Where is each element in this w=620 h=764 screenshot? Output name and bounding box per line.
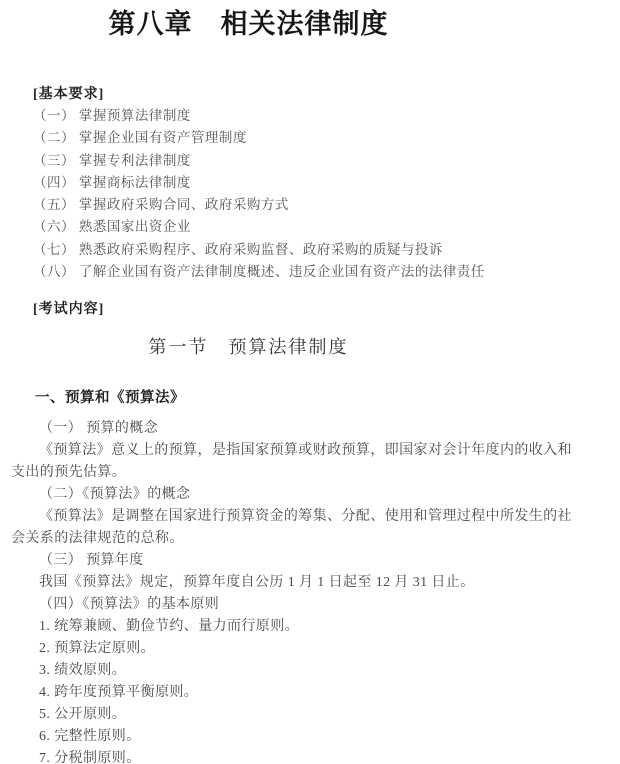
subsection-paragraph: 《预算法》意义上的预算，是指国家预算或财政预算，即国家对会计年度内的收入和支出的… [11,440,572,484]
principle-item: 3. 绩效原则。 [11,660,572,682]
requirement-item: （八） 了解企业国有资产法律制度概述、违反企业国有资产法的法律责任 [33,261,620,283]
subsection-label: （一） 预算的概念 [11,418,572,440]
subsection-paragraph: 《预算法》是调整在国家进行预算资金的筹集、分配、使用和管理过程中所发生的社会关系… [11,506,572,550]
principle-item: 5. 公开原则。 [11,704,572,726]
principle-item: 1. 统筹兼顾、勤俭节约、量力而行原则。 [11,616,572,638]
subsection-label: （四）《预算法》的基本原则 [11,594,572,616]
requirement-item: （三） 掌握专利法律制度 [33,150,620,172]
textbook-page: 第八章 相关法律制度 [基本要求] （一） 掌握预算法律制度 （二） 掌握企业国… [0,0,620,764]
basic-requirements-section: [基本要求] （一） 掌握预算法律制度 （二） 掌握企业国有资产管理制度 （三）… [33,85,620,283]
subsection-paragraph: 我国《预算法》规定，预算年度自公历 1 月 1 日起至 12 月 31 日止。 [11,572,572,594]
subsection-label: （二）《预算法》的概念 [11,484,572,506]
principle-item: 4. 跨年度预算平衡原则。 [11,682,572,704]
exam-content-label: [考试内容] [33,299,620,321]
chapter-title: 第八章 相关法律制度 [0,0,497,39]
requirement-item: （五） 掌握政府采购合同、政府采购方式 [33,194,620,216]
section-title: 第一节 预算法律制度 [0,334,497,360]
principle-item: 2. 预算法定原则。 [11,638,572,660]
principle-item: 7. 分税制原则。 [11,748,572,764]
principle-item: 6. 完整性原则。 [11,726,572,748]
requirement-item: （一） 掌握预算法律制度 [33,105,620,127]
requirement-item: （六） 熟悉国家出资企业 [33,216,620,238]
requirement-item: （七） 熟悉政府采购程序、政府采购监督、政府采购的质疑与投诉 [33,239,620,261]
topic-heading: 一、预算和《预算法》 [35,388,620,408]
requirement-item: （二） 掌握企业国有资产管理制度 [33,127,620,149]
subsection-label: （三） 预算年度 [11,550,572,572]
body-content: （一） 预算的概念 《预算法》意义上的预算，是指国家预算或财政预算，即国家对会计… [11,418,572,764]
requirement-item: （四） 掌握商标法律制度 [33,172,620,194]
basic-requirements-label: [基本要求] [33,85,620,105]
